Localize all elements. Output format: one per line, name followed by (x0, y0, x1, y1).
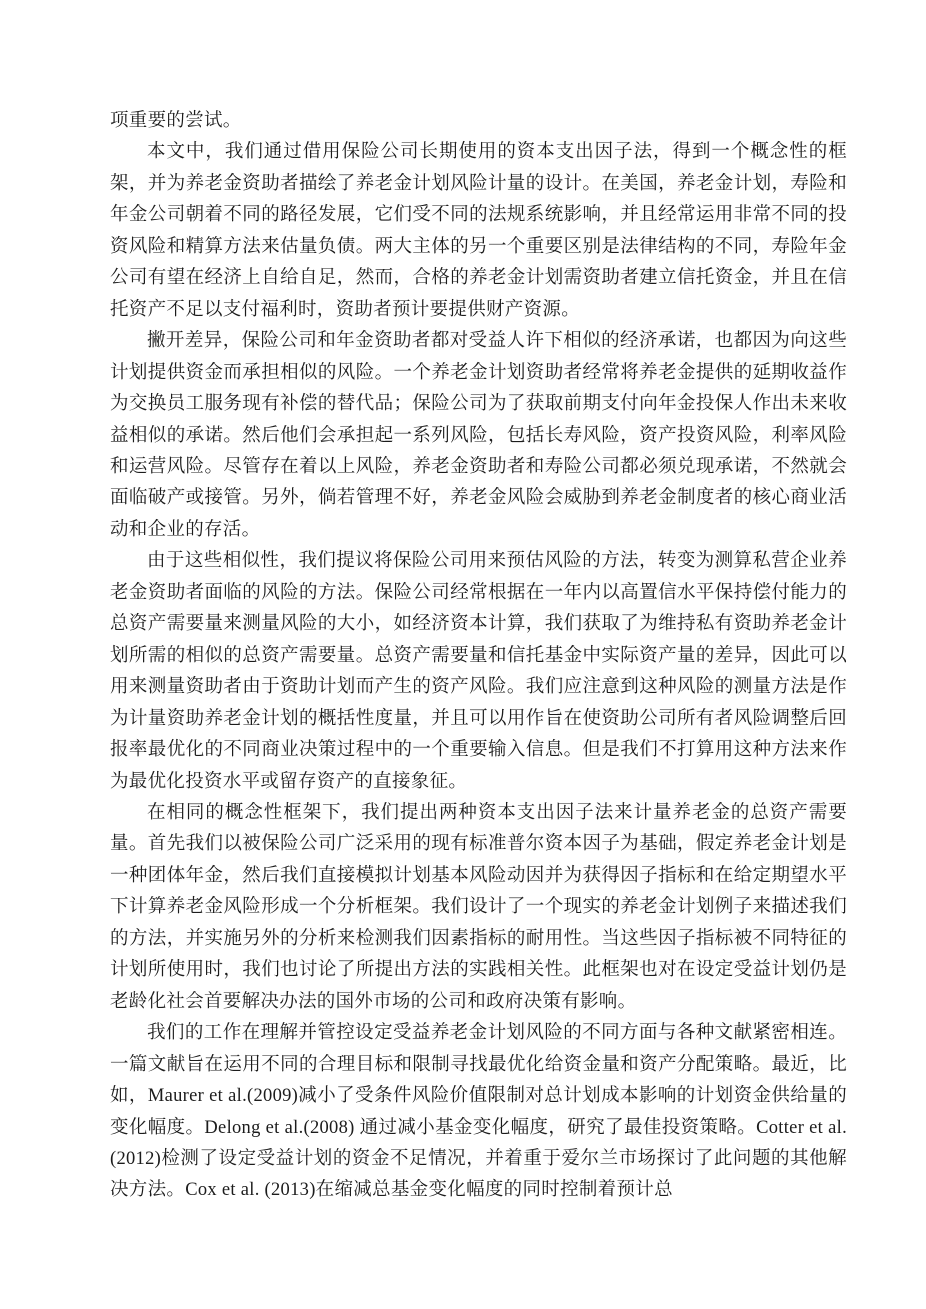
paragraph-literature-review: 我们的工作在理解并管控设定受益养老金计划风险的不同方面与各种文献紧密相连。一篇文… (110, 1018, 847, 1207)
document-page: 项重要的尝试。 本文中，我们通过借用保险公司长期使用的资本支出因子法，得到一个概… (0, 0, 926, 1309)
paragraph-two-factor-approaches: 在相同的概念性框架下，我们提出两种资本支出因子法来计量养老金的总资产需要量。首先… (110, 798, 847, 1018)
paragraph-similar-promises: 撇开差异，保险公司和年金资助者都对受益人许下相似的经济承诺，也都因为向这些计划提… (110, 326, 847, 546)
paragraph-risk-measurement-method: 由于这些相似性，我们提议将保险公司用来预估风险的方法，转变为测算私营企业养老金资… (110, 546, 847, 798)
document-text-block: 项重要的尝试。 本文中，我们通过借用保险公司长期使用的资本支出因子法，得到一个概… (110, 106, 847, 1207)
paragraph-conceptual-framework: 本文中，我们通过借用保险公司长期使用的资本支出因子法，得到一个概念性的框架，并为… (110, 137, 847, 326)
paragraph-continuation: 项重要的尝试。 (110, 106, 847, 137)
